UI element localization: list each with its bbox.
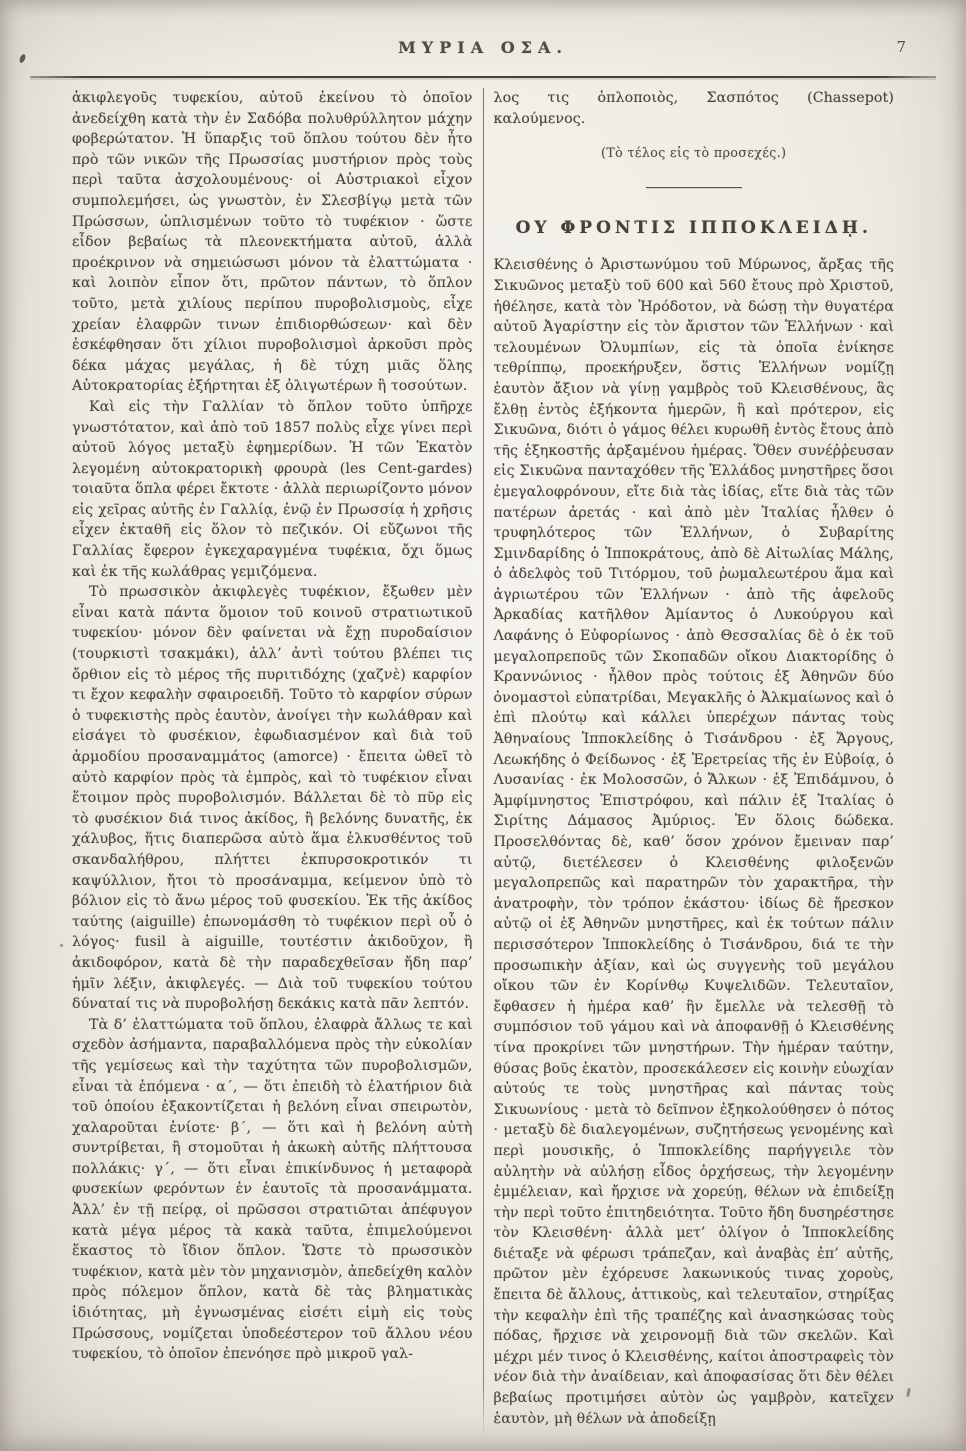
article-title: ΟΥ ΦΡΟΝΤΙΣ ΙΠΠΟΚΛΕΙΔῌ. — [494, 218, 895, 239]
column-divider-rule — [483, 88, 484, 1438]
header-rule — [30, 76, 936, 78]
paragraph-continuation: λος τις ὁπλοποιὸς, Σασπότος (Chassepot) … — [494, 88, 895, 129]
paragraph: Τὸ πρωσσικὸν ἀκιφλεγὲς τυφέκιον, ἔξωθεν … — [72, 582, 473, 1014]
journal-title: ΜΥΡΙΑ ΟΣΑ. — [0, 38, 966, 57]
paragraph-continuation: ἀκιφλεγοῦς τυφεκίου, αὐτοῦ ἐκείνου τὸ ὁπ… — [72, 88, 473, 397]
left-column: ἀκιφλεγοῦς τυφεκίου, αὐτοῦ ἐκείνου τὸ ὁπ… — [72, 88, 473, 1438]
page-header: ΜΥΡΙΑ ΟΣΑ. 7 — [0, 38, 966, 64]
ink-speck — [60, 944, 63, 947]
scanned-book-page: ΜΥΡΙΑ ΟΣΑ. 7 ἀκιφλεγοῦς τυφεκίου, αὐτοῦ … — [0, 0, 966, 1451]
paragraph: Κλεισθένης ὁ Ἀριστωνύμου τοῦ Μύρωνος, ἄρ… — [494, 255, 895, 1429]
text-columns: ἀκιφλεγοῦς τυφεκίου, αὐτοῦ ἐκείνου τὸ ὁπ… — [72, 88, 894, 1438]
right-column: λος τις ὁπλοποιὸς, Σασπότος (Chassepot) … — [494, 88, 895, 1438]
paragraph: Τὰ δ’ ἐλαττώματα τοῦ ὅπλου, ἐλαφρὰ ἄλλως… — [72, 1015, 473, 1365]
section-divider-rule — [646, 187, 742, 188]
paragraph: Καὶ εἰς τὴν Γαλλίαν τὸ ὅπλον τοῦτο ὑπῆρχ… — [72, 397, 473, 582]
to-be-continued-note: (Τὸ τέλος εἰς τὸ προσεχές.) — [494, 143, 895, 164]
ink-speck — [906, 1388, 911, 1397]
page-number: 7 — [896, 38, 906, 56]
